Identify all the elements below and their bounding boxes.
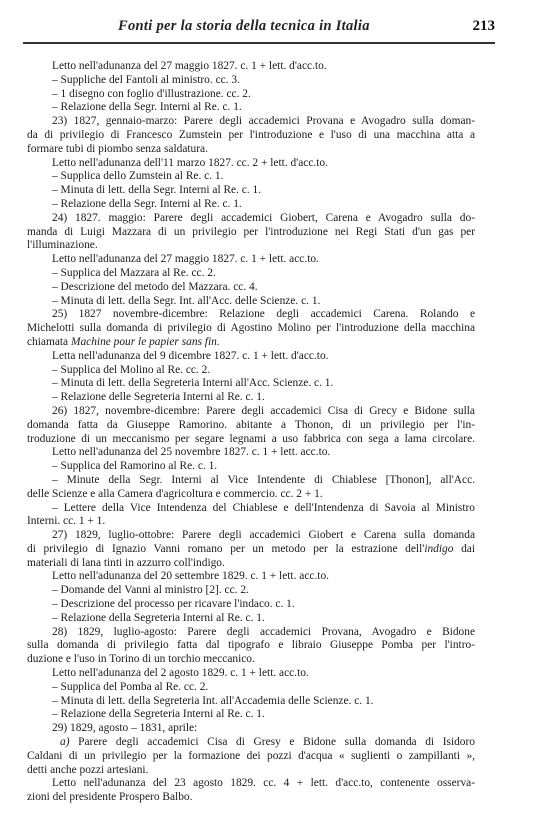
text-line: sulla domanda di privilegio fatta dal ti… [27, 639, 475, 653]
text-line: – Minuta di lett. della Segreteria Inter… [27, 377, 475, 391]
text-line: – Descrizione del metodo del Mazzara. cc… [27, 281, 475, 295]
text-line: Letto nell'adunanza del 27 maggio 1827. … [27, 253, 475, 267]
text-line: – Minuta di lett. della Segr. Int. all'A… [27, 295, 475, 309]
text-line: di privilegio di Ignazio Vanni romano pe… [27, 543, 475, 557]
text-line: – Supplica del Mazzara al Re. cc. 2. [27, 267, 475, 281]
text-line: formare tubi di piombo senza saldatura. [27, 143, 475, 157]
text-line: – Supplica del Pomba al Re. cc. 2. [27, 681, 475, 695]
text-line: Letta nell'adunanza del 9 dicembre 1827.… [27, 350, 475, 364]
text-line: Letto nell'adunanza del 25 novembre 1827… [27, 446, 475, 460]
text-line: 23) 1827, gennaio-marzo: Parere degli ac… [27, 115, 475, 129]
page-number: 213 [473, 18, 496, 35]
text-line: 24) 1827. maggio: Parere degli accademic… [27, 212, 475, 226]
text-line: – Minute della Segr. Interni al Vice Int… [27, 474, 475, 488]
text-line: domanda fatta da Giuseppe Ramorino. abit… [27, 419, 475, 433]
document-page: Fonti per la storia della tecnica in Ita… [0, 0, 550, 830]
text-line: duzione e l'uso in Torino di un torchio … [27, 653, 475, 667]
text-line: Letto nell'adunanza del 20 settembre 182… [27, 570, 475, 584]
text-line: a) Parere degli accademici Cisa di Gresy… [27, 736, 475, 750]
text-line: detti anche pozzi artesiani. [27, 764, 475, 778]
text-line: Letto nell'adunanza del 27 maggio 1827. … [27, 60, 475, 74]
text-line: 27) 1829, luglio-ottobre: Parere degli a… [27, 529, 475, 543]
text-line: – Relazione della Segr. Interni al Re. c… [27, 101, 475, 115]
text-line: 29) 1829, agosto – 1831, aprile: [27, 722, 475, 736]
text-line: Michelotti sulla domanda di privilegio d… [27, 322, 475, 336]
text-line: zioni del presidente Prospero Balbo. [27, 791, 475, 805]
text-line: manda di Luigi Mazzara di un privilegio … [27, 226, 475, 240]
text-line: – Relazione delle Segreteria Interni al … [27, 391, 475, 405]
text-line: materiali di lana tinti in azzurro coll'… [27, 557, 475, 571]
text-line: l'illuminazione. [27, 239, 475, 253]
body-text: Letto nell'adunanza del 27 maggio 1827. … [27, 60, 475, 805]
text-line: chiamata Machine pour le papier sans fin… [27, 336, 475, 350]
header-rule [23, 42, 495, 44]
text-line: – Minuta di lett. della Segreteria Int. … [27, 695, 475, 709]
text-line: 25) 1827 novembre-dicembre: Relazione de… [27, 308, 475, 322]
text-line: – 1 disegno con foglio d'illustrazione. … [27, 88, 475, 102]
text-line: delle Scienze e alla Camera d'agricoltur… [27, 488, 475, 502]
text-line: Letto nell'adunanza dell'11 marzo 1827. … [27, 157, 475, 171]
text-line: – Relazione della Segreteria Interni al … [27, 612, 475, 626]
text-line: troduzione di un meccanismo per segare l… [27, 433, 475, 447]
text-line: Caldani di un privilegio per la formazio… [27, 750, 475, 764]
text-line: Interni. cc. 1 + 1. [27, 515, 475, 529]
text-line: – Relazione della Segreteria Interni al … [27, 708, 475, 722]
running-title: Fonti per la storia della tecnica in Ita… [118, 18, 370, 35]
text-line: – Suppliche del Fantoli al ministro. cc.… [27, 74, 475, 88]
text-line: Letto nell'adunanza del 23 agosto 1829. … [27, 777, 475, 791]
text-line: – Minuta di lett. della Segr. Interni al… [27, 184, 475, 198]
text-line: Letto nell'adunanza del 2 agosto 1829. c… [27, 667, 475, 681]
text-line: 26) 1827, novembre-dicembre: Parere degl… [27, 405, 475, 419]
text-line: – Relazione della Segr. Interni al Re. c… [27, 198, 475, 212]
text-line: – Supplica dello Zumstein al Re. c. 1. [27, 170, 475, 184]
text-line: – Domande del Vanni al ministro [2]. cc.… [27, 584, 475, 598]
text-line: 28) 1829, luglio-agosto: Parere degli ac… [27, 626, 475, 640]
running-head: Fonti per la storia della tecnica in Ita… [23, 18, 495, 38]
text-line: – Lettere della Vice Intendenza del Chia… [27, 502, 475, 516]
text-line: – Supplica del Ramorino al Re. c. 1. [27, 460, 475, 474]
text-line: da di privilegio di Francesco Zumstein p… [27, 129, 475, 143]
text-line: – Supplica del Molino al Re. cc. 2. [27, 364, 475, 378]
text-line: – Descrizione del processo per ricavare … [27, 598, 475, 612]
